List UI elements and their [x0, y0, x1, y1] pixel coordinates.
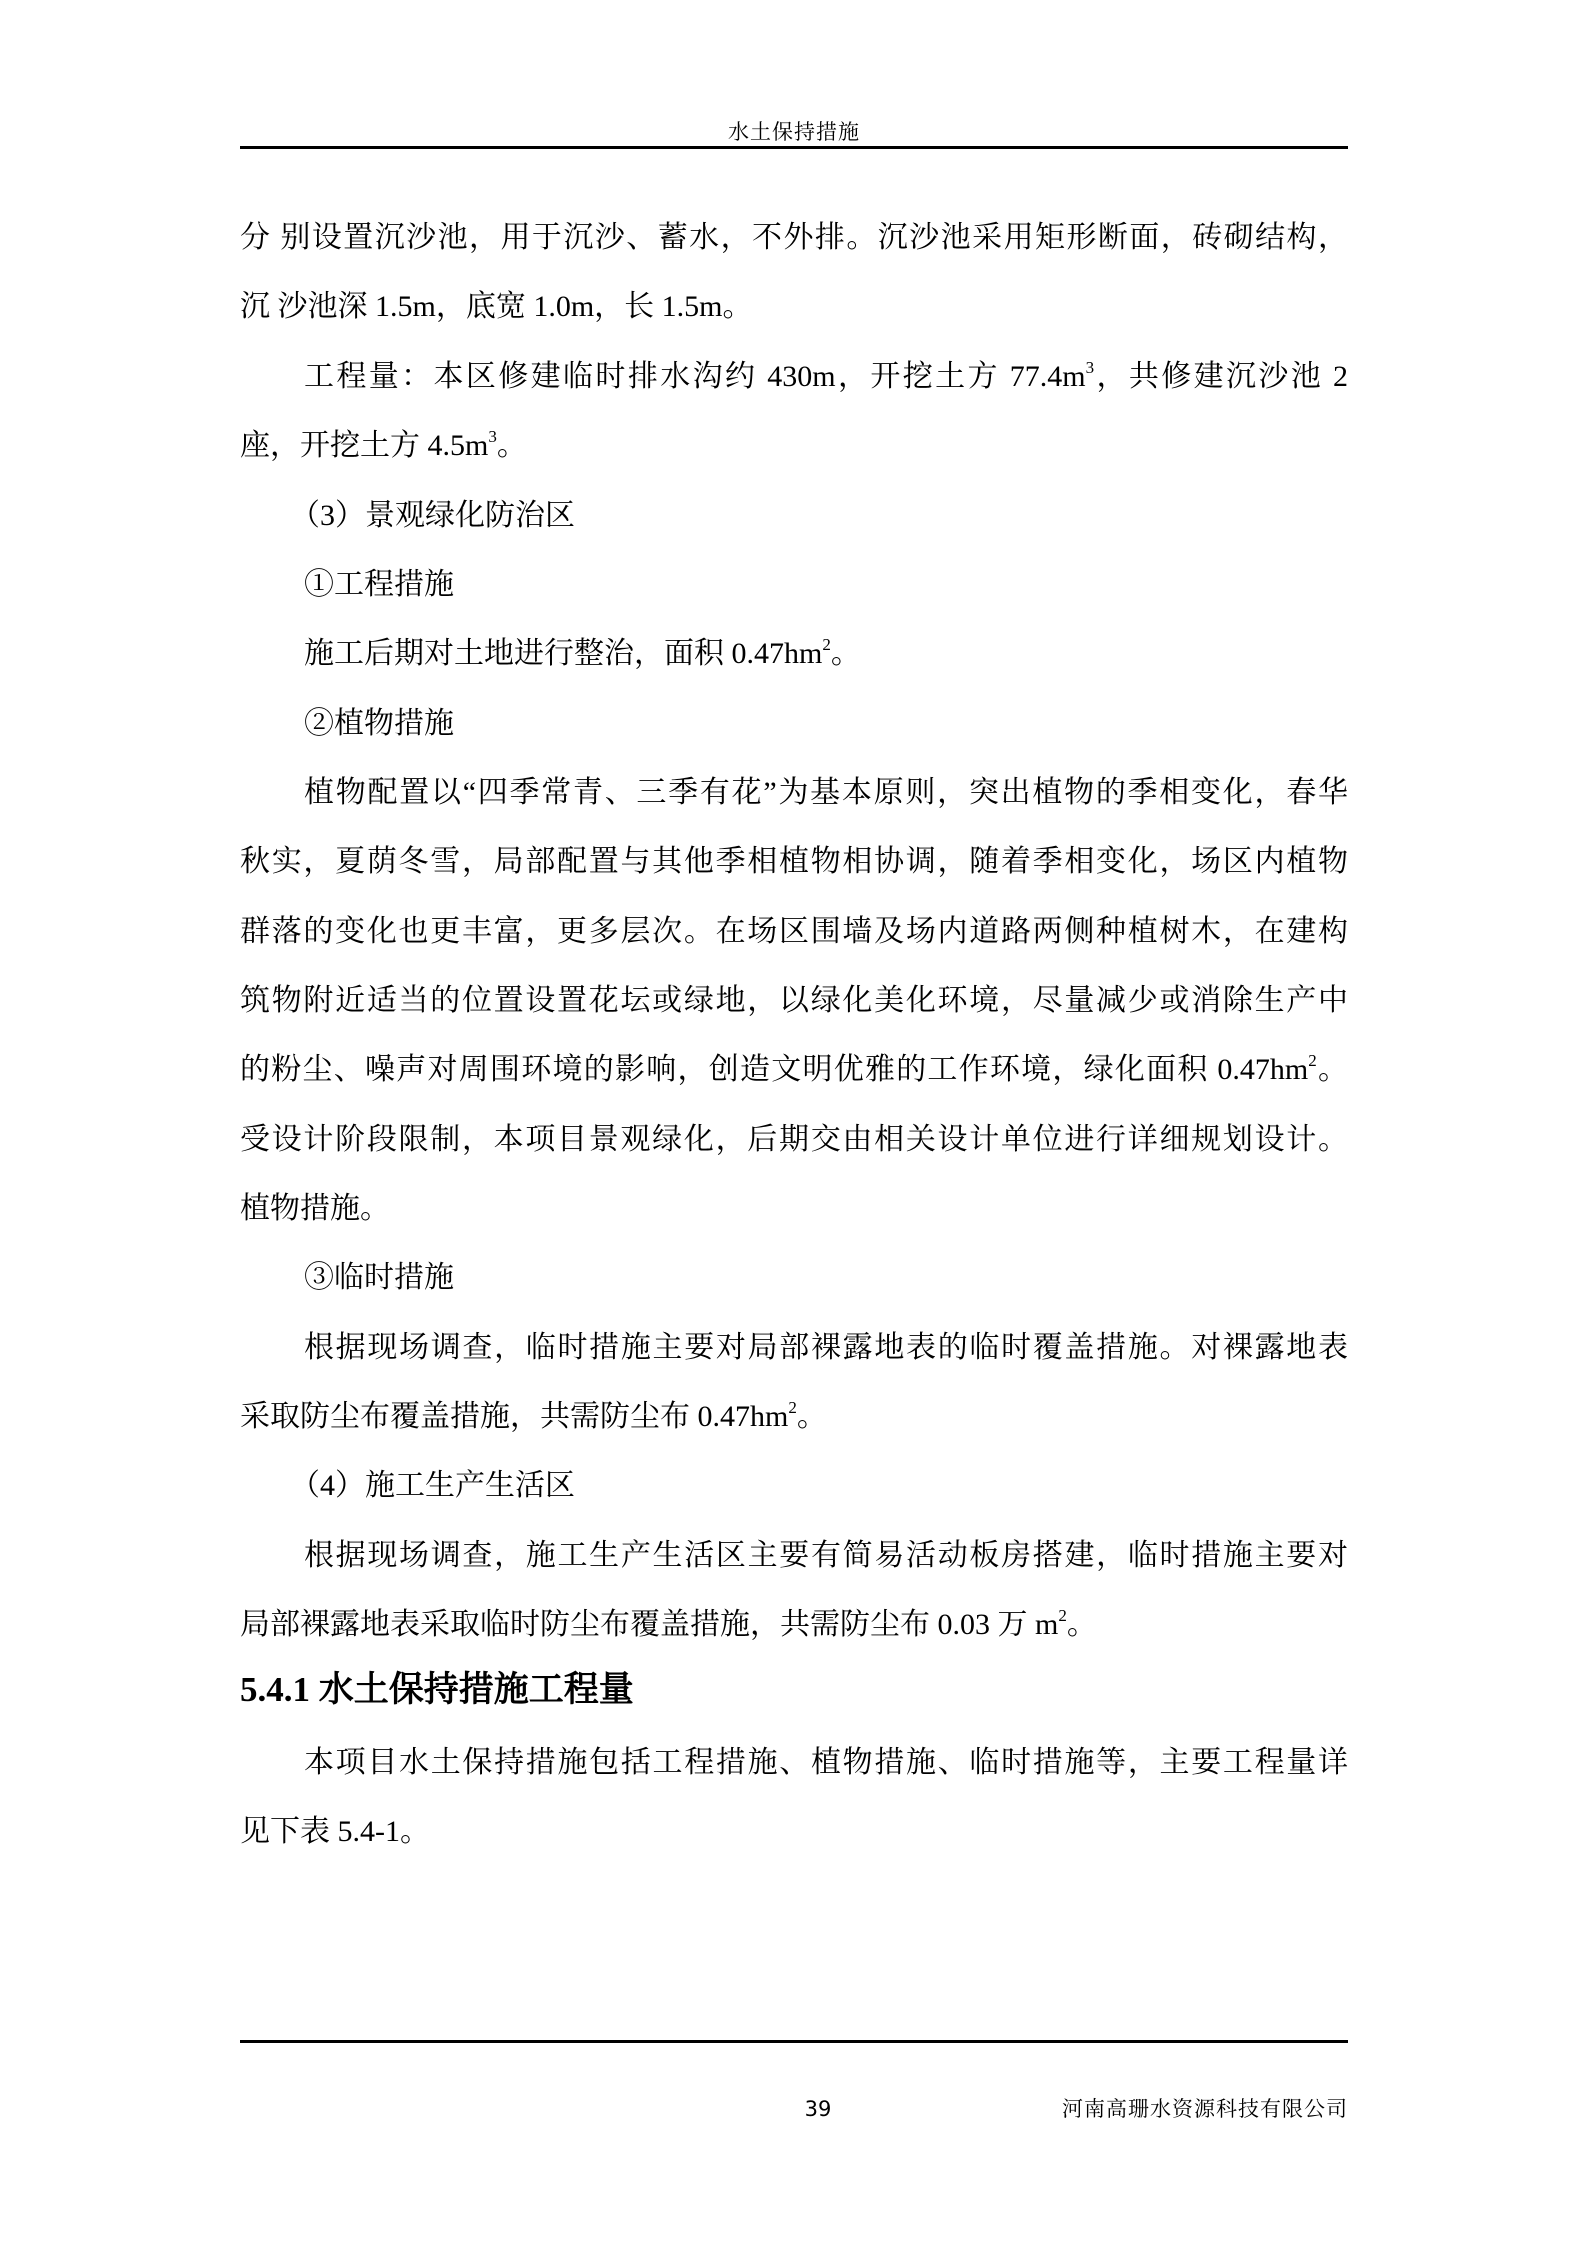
header-title: 水土保持措施	[240, 118, 1348, 146]
section-heading: 5.4.1 水土保持措施工程量	[240, 1668, 634, 1712]
zone3-engineering-text: 施工后期对土地进行整治，面积 0.47hm2。	[240, 632, 1348, 676]
paragraph-line: 的粉尘、噪声对周围环境的影响，创造文明优雅的工作环境，绿化面积 0.47hm2。	[240, 1048, 1348, 1092]
paragraph-line: 分 别设置沉沙池，用于沉沙、蓄水，不外排。沉沙池采用矩形断面，砖砌结构，	[240, 216, 1348, 260]
footer-rule	[240, 2040, 1348, 2043]
zone3-engineering-title: ①工程措施	[240, 563, 1348, 607]
header-rule	[240, 146, 1348, 149]
zone3-title: （3）景观绿化防治区	[240, 494, 1348, 538]
paragraph-line: 根据现场调查，施工生产生活区主要有简易活动板房搭建，临时措施主要对	[240, 1534, 1348, 1578]
quantities-line: 座，开挖土方 4.5m3。	[240, 424, 1348, 468]
company-name: 河南高珊水资源科技有限公司	[1062, 2095, 1348, 2123]
zone3-temp-title: ③临时措施	[240, 1256, 1348, 1300]
paragraph-line: 筑物附近适当的位置设置花坛或绿地，以绿化美化环境，尽量减少或消除生产中	[240, 979, 1348, 1023]
paragraph-line: 群落的变化也更丰富，更多层次。在场区围墙及场内道路两侧种植树木，在建构	[240, 910, 1348, 954]
paragraph-line: 植物措施。	[240, 1187, 1348, 1231]
paragraph-line: 本项目水土保持措施包括工程措施、植物措施、临时措施等，主要工程量详	[240, 1741, 1348, 1785]
paragraph-line: 秋实，夏荫冬雪，局部配置与其他季相植物相协调，随着季相变化，场区内植物	[240, 840, 1348, 884]
paragraph-line: 根据现场调查，临时措施主要对局部裸露地表的临时覆盖措施。对裸露地表	[240, 1326, 1348, 1370]
paragraph-line: 见下表 5.4-1。	[240, 1810, 1348, 1854]
page-number: 39	[790, 2095, 846, 2123]
paragraph-line: 植物配置以“四季常青、三季有花”为基本原则，突出植物的季相变化，春华	[240, 771, 1348, 815]
paragraph-line: 沉 沙池深 1.5m，底宽 1.0m，长 1.5m。	[240, 285, 1348, 329]
zone3-plant-title: ②植物措施	[240, 702, 1348, 746]
paragraph-line: 采取防尘布覆盖措施，共需防尘布 0.47hm2。	[240, 1395, 1348, 1439]
paragraph-line: 受设计阶段限制，本项目景观绿化，后期交由相关设计单位进行详细规划设计。	[240, 1118, 1348, 1162]
quantities-line: 工程量：本区修建临时排水沟约 430m，开挖土方 77.4m3，共修建沉沙池 2	[240, 355, 1348, 399]
paragraph-line: 局部裸露地表采取临时防尘布覆盖措施，共需防尘布 0.03 万 m2。	[240, 1603, 1348, 1647]
zone4-title: （4）施工生产生活区	[240, 1464, 1348, 1508]
